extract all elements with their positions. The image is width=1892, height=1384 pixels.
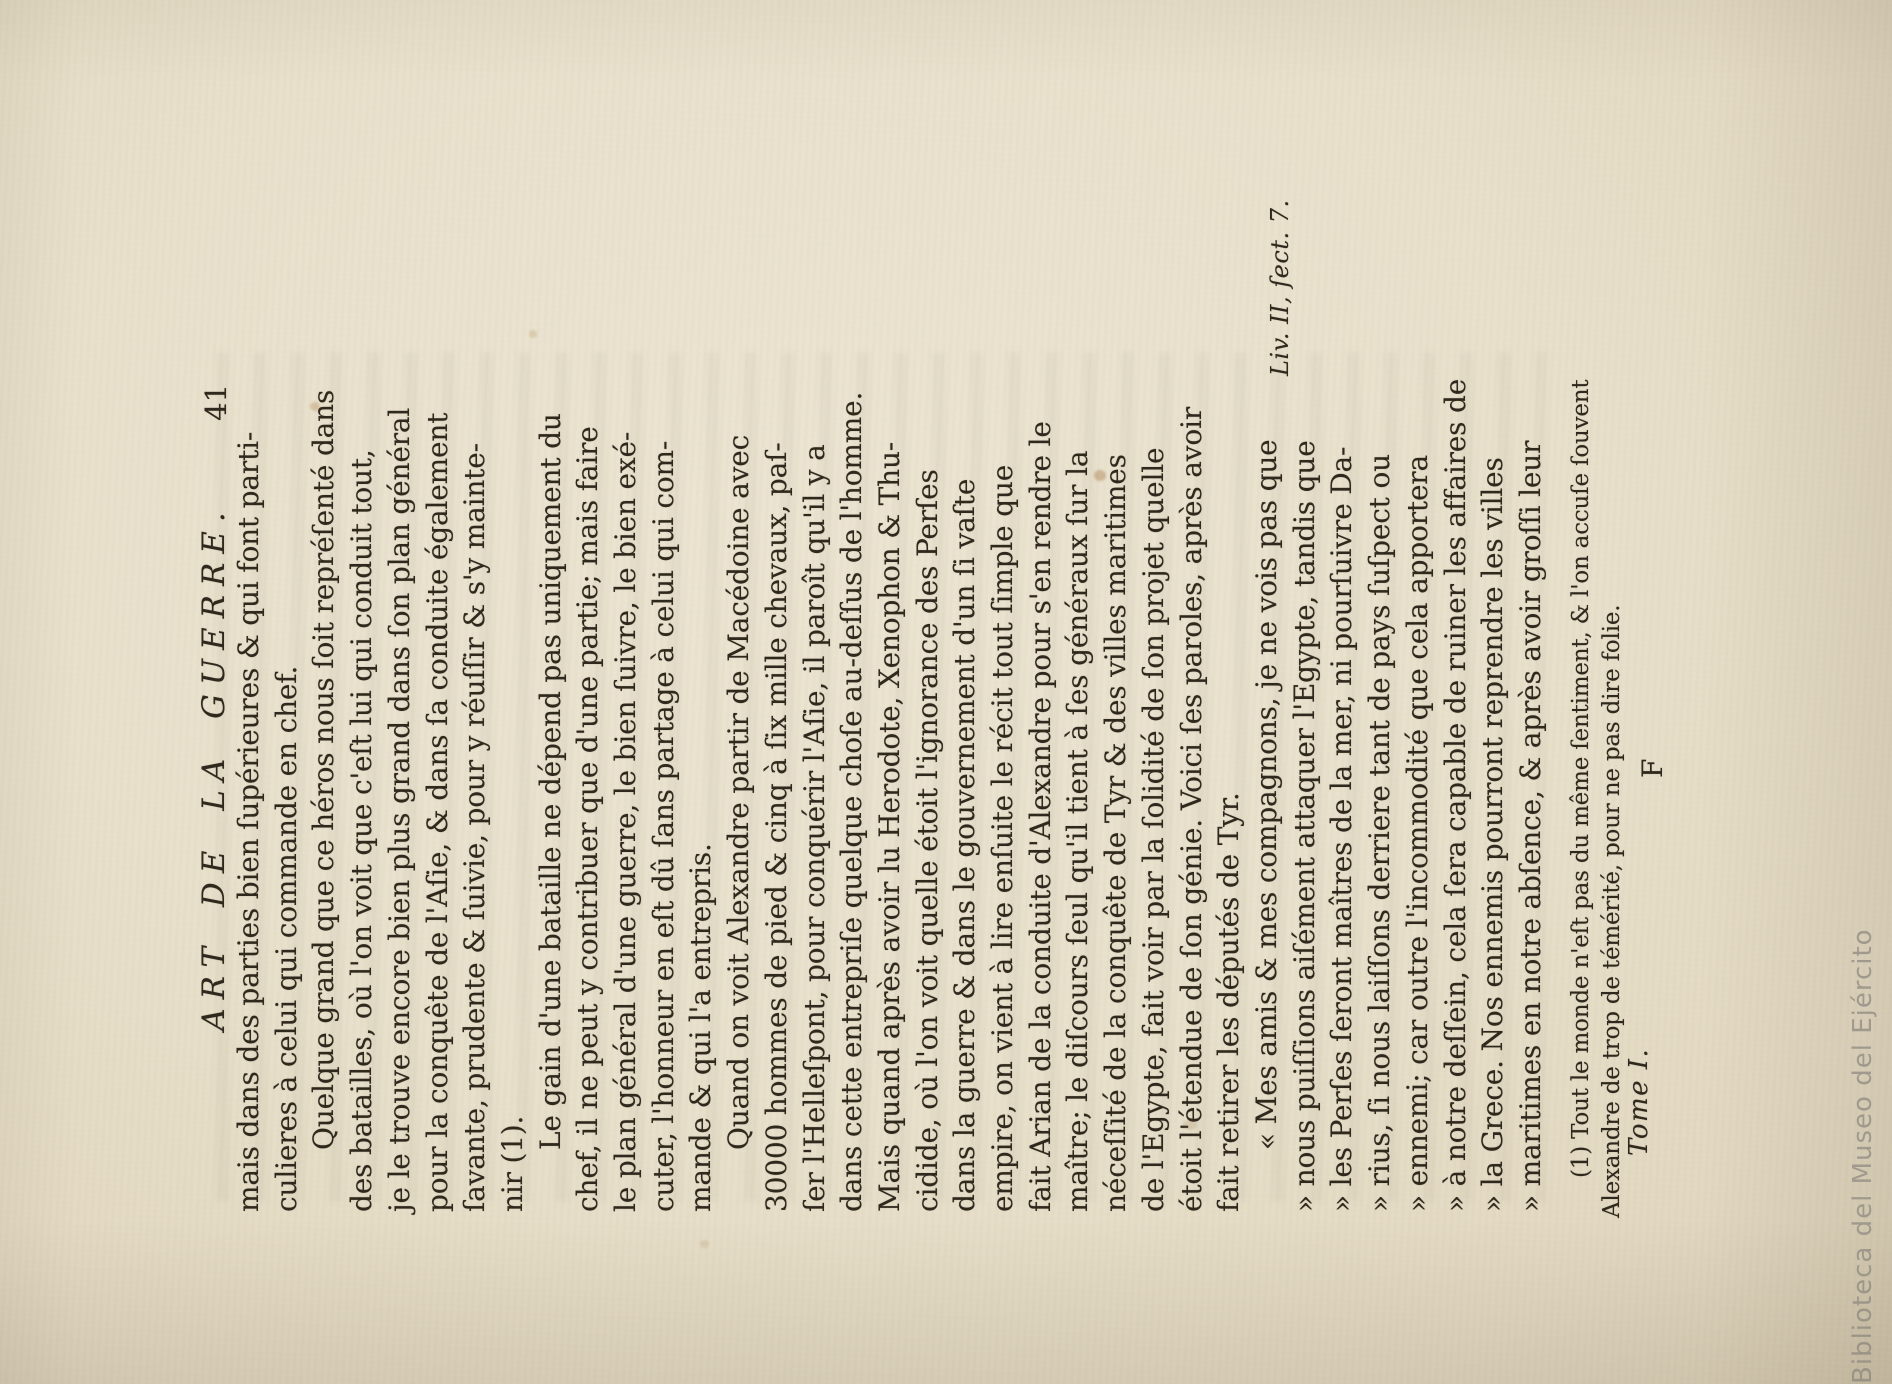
text-line: » à notre deſſein, cela ſera capable de … bbox=[1437, 346, 1475, 1212]
text-line: fait Arian de la conduite d'Alexandre po… bbox=[1022, 346, 1060, 1212]
text-line: ſer l'Helleſpont, pour conquérir l'Aſie,… bbox=[796, 346, 834, 1212]
text-line: de l'Egypte, fait voir par la ſolidité d… bbox=[1135, 346, 1173, 1212]
text-line: » rius, ſi nous laiſſons derriere tant d… bbox=[1361, 346, 1399, 1212]
text-line: empire, on vient à lire enſuite le récit… bbox=[984, 346, 1022, 1212]
text-line: nir (1). bbox=[494, 346, 532, 1212]
text-line: Quelque grand que ce héros nous ſoit rep… bbox=[305, 346, 343, 1212]
text-line: dans cette entrepriſe quelque choſe au-d… bbox=[833, 346, 871, 1212]
text-line: » la Grece. Nos ennemis pourront reprend… bbox=[1474, 346, 1512, 1212]
text-line: dans la guerre & dans le gouvernement d'… bbox=[946, 346, 984, 1212]
text-line: néceſſité de la conquête de Tyr & des vi… bbox=[1097, 346, 1135, 1212]
text-line: » nous puiſſions aiſément attaquer l'Egy… bbox=[1286, 346, 1324, 1212]
text-line: des batailles, où l'on voit que c'eſt lu… bbox=[343, 346, 381, 1212]
text-line: culieres à celui qui commande en chef. bbox=[268, 346, 306, 1212]
footnote-line: Alexandre de trop de témérité, pour ne p… bbox=[1597, 308, 1628, 1218]
running-title: ART DE LA GUERRE. bbox=[196, 336, 232, 1198]
text-line: cidide, où l'on voit quelle étoit l'igno… bbox=[909, 346, 947, 1212]
text-line: 30000 hommes de pied & cinq à ſix mille … bbox=[758, 346, 796, 1212]
footnote-line: (1) Tout le monde n'eſt pas du même ſent… bbox=[1566, 308, 1597, 1218]
text-line: chef, il ne peut y contribuer que d'une … bbox=[569, 346, 607, 1212]
library-watermark: Biblioteca del Museo del Ejército bbox=[1848, 974, 1882, 1384]
text-line: Le gain d'une bataille ne dépend pas uni… bbox=[532, 346, 570, 1212]
scanned-page-photo: ART DE LA GUERRE. 41 Liv. II, ſect. 7. m… bbox=[0, 0, 1892, 1384]
text-line: maître; le diſcours ſeul qu'il tient à ſ… bbox=[1059, 346, 1097, 1212]
text-line: « Mes amis & mes compagnons, je ne vois … bbox=[1248, 346, 1286, 1212]
gathering-signature-mark: F bbox=[1636, 759, 1669, 778]
text-line: étoit l'étendue de ſon génie. Voici ſes … bbox=[1173, 346, 1211, 1212]
page-number: 41 bbox=[199, 384, 233, 421]
footnote: (1) Tout le monde n'eſt pas du même ſent… bbox=[1566, 308, 1627, 1218]
volume-catchword: Tome I. bbox=[1624, 1048, 1654, 1156]
book-page: ART DE LA GUERRE. 41 Liv. II, ſect. 7. m… bbox=[0, 0, 1892, 1384]
text-line: Mais quand après avoir lu Herodote, Xeno… bbox=[871, 346, 909, 1212]
text-line: Quand on voit Alexandre partir de Macédo… bbox=[720, 346, 758, 1212]
text-line: » ennemi; car outre l'incommodité que ce… bbox=[1399, 346, 1437, 1212]
text-line: » les Perſes ſeront maîtres de la mer, n… bbox=[1323, 346, 1361, 1212]
text-line: mais dans des parties bien ſupérieures &… bbox=[230, 346, 268, 1212]
text-line: je le trouve encore bien plus grand dans… bbox=[381, 346, 419, 1212]
text-line: ſavante, prudente & ſuivie, pour y réuſſ… bbox=[456, 346, 494, 1212]
text-line: le plan général d'une guerre, le bien ſu… bbox=[607, 346, 645, 1212]
text-line: cuter, l'honneur en eſt dû ſans partage … bbox=[645, 346, 683, 1212]
text-line: pour la conquête de l'Aſie, & dans ſa co… bbox=[419, 346, 457, 1212]
body-text: mais dans des parties bien ſupérieures &… bbox=[230, 346, 1550, 1212]
text-line: mande & qui l'a entrepris. bbox=[682, 346, 720, 1212]
text-line: » maritimes en notre abſence, & après av… bbox=[1512, 346, 1550, 1212]
text-line: fait retirer les députés de Tyr. bbox=[1210, 346, 1248, 1212]
